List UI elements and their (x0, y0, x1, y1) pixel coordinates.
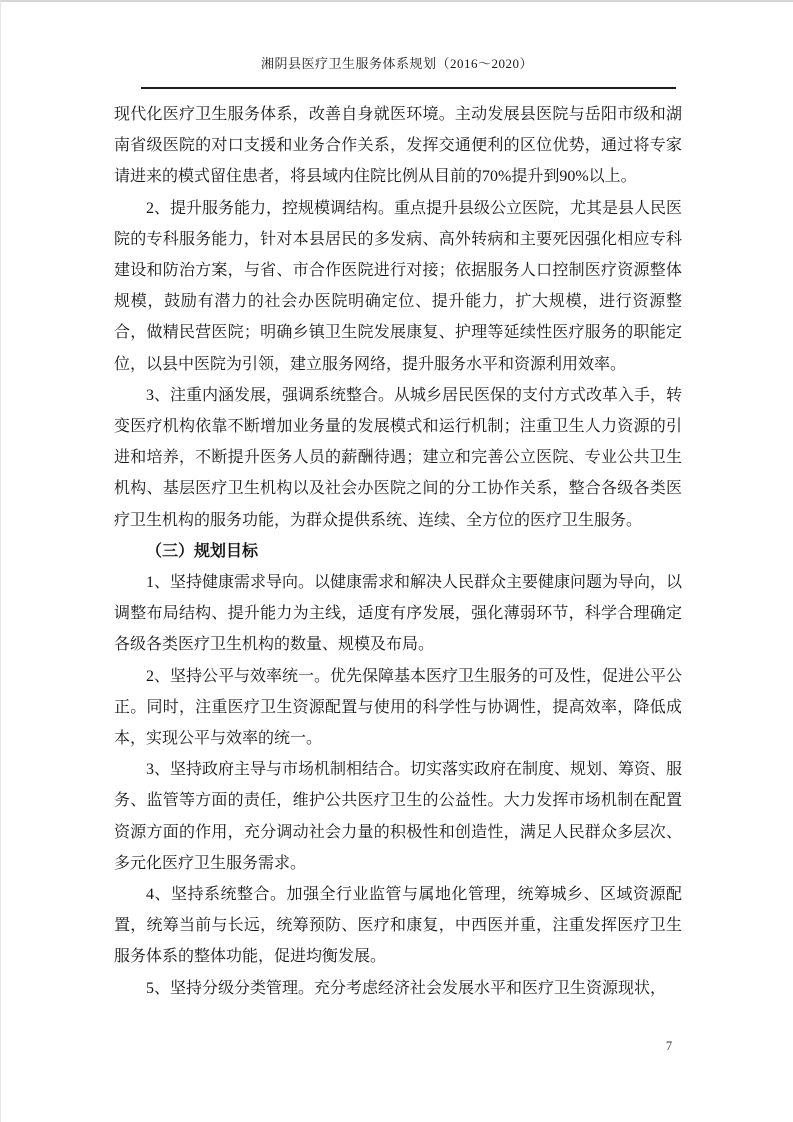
paragraph: 1、坚持健康需求导向。以健康需求和解决人民群众主要健康问题为导向，以调整布局结构… (114, 567, 682, 661)
document-body: 现代化医疗卫生服务体系，改善自身就医环境。主动发展县医院与岳阳市级和湖南省级医院… (114, 99, 682, 1004)
section-heading: （三）规划目标 (114, 536, 682, 567)
page-number: 7 (656, 1039, 682, 1054)
paragraph: 3、注重内涵发展，强调系统整合。从城乡居民医保的支付方式改革入手，转变医疗机构依… (114, 380, 682, 536)
header-rule-divider (141, 87, 676, 89)
paragraph: 现代化医疗卫生服务体系，改善自身就医环境。主动发展县医院与岳阳市级和湖南省级医院… (114, 99, 682, 193)
paragraph: 2、坚持公平与效率统一。优先保障基本医疗卫生服务的可及性，促进公平公正。同时，注… (114, 661, 682, 755)
paragraph: 4、坚持系统整合。加强全行业监管与属地化管理，统筹城乡、区域资源配置，统筹当前与… (114, 879, 682, 973)
paragraph: 5、坚持分级分类管理。充分考虑经济社会发展水平和医疗卫生资源现状， (114, 973, 682, 1004)
paragraph: 3、坚持政府主导与市场机制相结合。切实落实政府在制度、规划、筹资、服务、监管等方… (114, 754, 682, 879)
document-page: 湘阴县医疗卫生服务体系规划（2016～2020） 现代化医疗卫生服务体系，改善自… (0, 0, 793, 1122)
paragraph: 2、提升服务能力，控规模调结构。重点提升县级公立医院，尤其是县人民医院的专科服务… (114, 193, 682, 380)
document-header-title: 湘阴县医疗卫生服务体系规划（2016～2020） (1, 55, 793, 72)
